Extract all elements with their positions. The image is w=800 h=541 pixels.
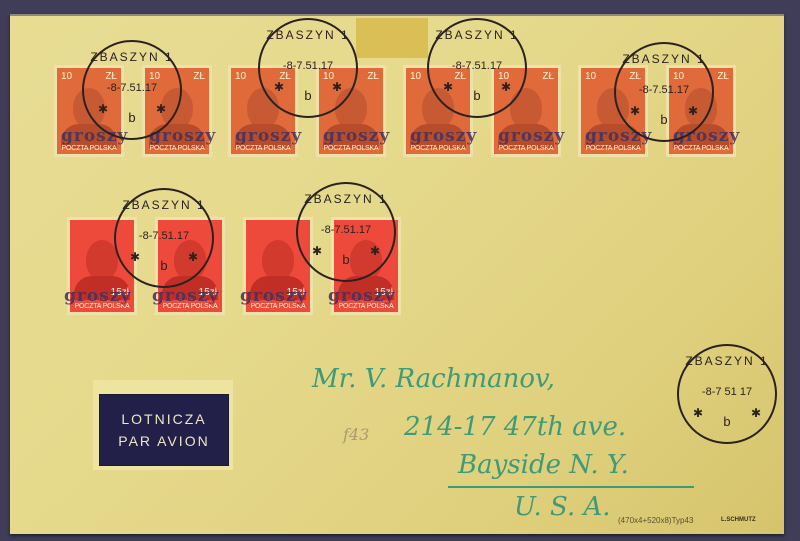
postmark-sub: b — [679, 414, 775, 429]
stamp-value: 10 — [235, 71, 246, 82]
postmark-sub: b — [84, 110, 180, 125]
postmark-town: ZBASZYN 1 — [679, 354, 775, 368]
stamp-currency: ZŁ — [542, 71, 554, 82]
stamp-footer: POCZTA POLSKA — [496, 145, 556, 152]
postmark-date: -8-7.51.17 — [84, 82, 180, 94]
postmark-town: ZBASZYN 1 — [116, 198, 212, 212]
stamp-currency: ZŁ — [367, 71, 379, 82]
postmark-cancel: ZBASZYN 1-8-7.51.17✱✱b — [114, 188, 214, 288]
tape-strip — [356, 18, 428, 58]
postmark-sub: b — [260, 88, 356, 103]
groszy-overprint: groszy — [235, 126, 302, 146]
postmark-date: -8-7.51.17 — [116, 230, 212, 242]
postmark-cancel: ZBASZYN 1-8-7.51.17✱✱b — [258, 18, 358, 118]
envelope-photo: 10ZŁPOCZTA POLSKA10ZŁPOCZTA POLSKA10ZŁPO… — [0, 0, 800, 541]
stamp-footer: POCZTA POLSKA — [59, 145, 119, 152]
portrait — [86, 240, 118, 280]
airmail-label-inner: LOTNICZA PAR AVION — [99, 394, 229, 466]
stamp-value: 10 — [410, 71, 421, 82]
address-line-3: Bayside N. Y. — [458, 450, 629, 480]
postmark-sub: b — [616, 112, 712, 127]
print-info: (470x4+520x8)Typ43 — [618, 516, 693, 525]
postmark-sub: b — [429, 88, 525, 103]
postmark-date: -8-7.51.17 — [429, 60, 525, 72]
portrait — [262, 240, 294, 280]
groszy-overprint: groszy — [328, 286, 395, 306]
postmark-town: ZBASZYN 1 — [298, 192, 394, 206]
address-underline — [448, 486, 694, 488]
stamp-footer: POCZTA POLSKA — [408, 145, 468, 152]
printer-imprint: L.SCHMUTZ — [721, 517, 756, 523]
airmail-label: LOTNICZA PAR AVION — [93, 380, 233, 470]
postmark-town: ZBASZYN 1 — [616, 52, 712, 66]
stamp-footer: POCZTA POLSKA — [321, 145, 381, 152]
postmark-cancel: ZBASZYN 1-8-7.51.17✱✱b — [427, 18, 527, 118]
groszy-overprint: groszy — [410, 126, 477, 146]
postmark-date: -8-7.51.17 — [616, 84, 712, 96]
postmark-date: -8-7 51 17 — [679, 386, 775, 398]
postmark-town: ZBASZYN 1 — [429, 28, 525, 42]
postmark-cancel: ZBASZYN 1-8-7.51.17✱✱b — [614, 42, 714, 142]
airmail-line-1: LOTNICZA — [121, 408, 206, 430]
postmark-town: ZBASZYN 1 — [260, 28, 356, 42]
airmail-line-2: PAR AVION — [118, 430, 209, 452]
groszy-overprint: groszy — [498, 126, 565, 146]
postmark-date: -8-7.51.17 — [260, 60, 356, 72]
groszy-overprint: groszy — [323, 126, 390, 146]
postmark-cancel: ZBASZYN 1-8-7 51 17✱✱b — [677, 344, 777, 444]
stamp-value: 10 — [585, 71, 596, 82]
stamp-currency: ZŁ — [193, 71, 205, 82]
groszy-overprint: groszy — [64, 286, 131, 306]
stamp-footer: POCZTA POLSKA — [671, 145, 731, 152]
postmark-town: ZBASZYN 1 — [84, 50, 180, 64]
stamp-footer: POCZTA POLSKA — [147, 145, 207, 152]
stamp-value: 10 — [61, 71, 72, 82]
postmark-sub: b — [116, 258, 212, 273]
address-line-1: Mr. V. Rachmanov, — [312, 364, 555, 394]
stamp-currency: ZŁ — [717, 71, 729, 82]
stamp-footer: POCZTA POLSKA — [583, 145, 643, 152]
postmark-cancel: ZBASZYN 1-8-7.51.17✱✱b — [296, 182, 396, 282]
address-line-2: 214-17 47th ave. — [404, 412, 626, 442]
groszy-overprint: groszy — [152, 286, 219, 306]
address-line-4: U. S. A. — [514, 492, 611, 522]
postmark-date: -8-7.51.17 — [298, 224, 394, 236]
postmark-cancel: ZBASZYN 1-8-7.51.17✱✱b — [82, 40, 182, 140]
pencil-note: f43 — [343, 425, 369, 444]
groszy-overprint: groszy — [240, 286, 307, 306]
postmark-sub: b — [298, 252, 394, 267]
stamp-footer: POCZTA POLSKA — [233, 145, 293, 152]
